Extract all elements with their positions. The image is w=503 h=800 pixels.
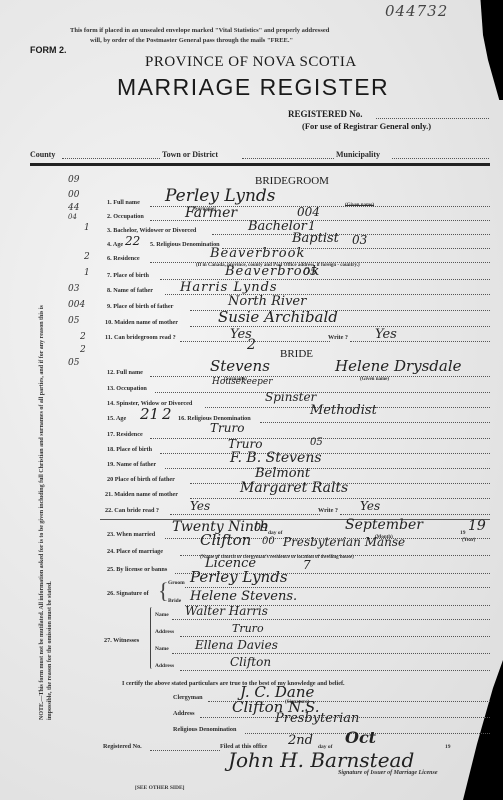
witness2-name-label: Name: [155, 646, 169, 652]
year-hint: (Year): [462, 538, 475, 543]
margin-code: 2: [84, 252, 90, 262]
bride-father-birthplace-label: 20 Place of birth of father: [107, 476, 175, 483]
groom-occupation-label: 2. Occupation: [107, 213, 144, 220]
bride-surname[interactable]: Stevens: [210, 357, 270, 375]
bride-can-write-line: [340, 514, 490, 515]
groom-mother-label: 10. Maiden name of mother: [105, 319, 178, 326]
groom-occupation-code: 004: [297, 205, 320, 219]
municipality-label: Municipality: [336, 150, 380, 159]
bride-occupation-line: [155, 392, 490, 393]
witness1-address-line: [180, 636, 490, 637]
groom-occupation[interactable]: Farmer: [185, 205, 237, 221]
registered-number-line: [376, 118, 489, 119]
bride-residence[interactable]: Truro: [210, 421, 244, 435]
county-label: County: [30, 150, 55, 159]
bride-occupation-label: 13. Occupation: [107, 385, 147, 392]
wedding-day-code: 09: [254, 521, 268, 534]
groom-father-birthplace[interactable]: North River: [228, 294, 306, 309]
registered-no-label: Registered No.: [103, 743, 142, 750]
bride-birthplace-line: [160, 453, 490, 454]
bride-full-name-line: [150, 376, 490, 377]
scan-border-bottom-right: [463, 660, 503, 800]
groom-father-name[interactable]: Harris Lynds: [180, 280, 278, 295]
header-rule: [30, 163, 490, 166]
issuer-signature[interactable]: John H. Barnstead: [228, 748, 414, 772]
groom-marital-line: [212, 234, 490, 235]
witness1-name[interactable]: Walter Harris: [185, 604, 268, 618]
bride-mother-maiden[interactable]: Margaret Ralts: [240, 480, 348, 496]
province-title: PROVINCE OF NOVA SCOTIA: [145, 54, 357, 71]
bride-heading-code: 2: [247, 337, 256, 353]
page-title: MARRIAGE REGISTER: [117, 74, 389, 101]
bride-can-read-line: [170, 514, 320, 515]
bride-heading: BRIDE: [280, 348, 313, 360]
groom-residence-label: 6. Residence: [107, 255, 140, 262]
margin-code: 03: [68, 284, 79, 294]
groom-birthplace-label: 7. Place of birth: [107, 272, 149, 279]
bride-signature-label: Bride: [168, 598, 181, 604]
groom-can-write[interactable]: Yes: [375, 327, 397, 342]
bride-marital-status[interactable]: Spinster: [265, 390, 316, 404]
year-prefix: 19: [460, 530, 466, 536]
margin-code: 05: [68, 358, 79, 368]
clergyman-label: Clergyman: [173, 694, 203, 701]
scan-border-top-right: [478, 0, 503, 100]
bride-mother-line: [190, 498, 490, 499]
groom-residence[interactable]: Beaverbrook: [210, 246, 305, 261]
groom-religion[interactable]: Baptist: [292, 231, 339, 246]
bride-given-name[interactable]: Helene Drysdale: [335, 357, 462, 375]
place-code: 00: [262, 536, 275, 547]
margin-code: 00: [68, 190, 79, 200]
witness1-name-line: [172, 619, 490, 620]
bride-birthplace-label: 18. Place of birth: [107, 446, 152, 453]
marriage-register-page: 044732 This form if placed in an unseale…: [0, 0, 503, 800]
bride-birthplace[interactable]: Truro: [228, 437, 262, 451]
postal-notice-line2: will, by order of the Postmaster General…: [90, 37, 293, 44]
bride-can-write-label: Write ?: [318, 507, 338, 514]
postal-notice-line1: This form if placed in an unsealed envel…: [70, 27, 329, 34]
margin-code: 1: [84, 268, 90, 278]
bride-signature[interactable]: Helene Stevens.: [190, 589, 297, 604]
bride-age-label: 15. Age: [107, 415, 126, 422]
bride-mother-label: 21. Maiden name of mother: [105, 491, 178, 498]
groom-father-birthplace-label: 9. Place of birth of father: [107, 303, 173, 310]
bride-can-write[interactable]: Yes: [360, 499, 380, 513]
bride-age[interactable]: 21: [140, 405, 159, 423]
given-name-hint: (Given name): [345, 203, 374, 208]
margin-code: 09: [68, 175, 79, 185]
margin-code: 05: [68, 316, 79, 326]
registrar-note: (For use of Registrar General only.): [302, 121, 431, 131]
bride-religion-line: [260, 422, 490, 423]
witness1-address-label: Address: [155, 629, 174, 635]
see-other-side: [SEE OTHER SIDE]: [135, 785, 185, 791]
bride-can-read-label: 22. Can bride read ?: [105, 507, 159, 514]
place-of-marriage-label: 24. Place of marriage: [107, 548, 163, 555]
witness2-address-line: [180, 670, 490, 671]
witnesses-brace-icon: [150, 607, 154, 669]
margin-code: 2: [80, 332, 86, 342]
wedding-month[interactable]: September: [345, 517, 423, 533]
side-note: NOTE.—This form must not be mutilated. A…: [38, 300, 54, 720]
place-detail[interactable]: Presbyterian Manse: [283, 535, 405, 549]
witness2-name[interactable]: Ellena Davies: [195, 638, 278, 652]
witness2-name-line: [172, 653, 490, 654]
bride-full-name-label: 12. Full name: [107, 369, 143, 376]
groom-mother-maiden[interactable]: Susie Archibald: [218, 308, 338, 326]
groom-father-label: 8. Name of father: [107, 287, 153, 294]
when-married-label: 23. When married: [107, 531, 155, 538]
bride-age-code: 2: [162, 405, 172, 423]
groom-full-name-label: 1. Full name: [107, 199, 140, 206]
groom-signature-label: Groom: [168, 580, 185, 586]
groom-full-name[interactable]: Perley Lynds: [165, 186, 276, 206]
groom-birthplace-code: 05: [303, 265, 317, 278]
signature-brace-icon: {: [158, 578, 169, 604]
filed-day[interactable]: 2nd: [288, 733, 313, 748]
margin-code: 2: [80, 345, 86, 355]
filed-year-prefix: 19: [445, 744, 451, 750]
groom-signature[interactable]: Perley Lynds: [190, 568, 288, 586]
bride-religion[interactable]: Methodist: [310, 403, 377, 418]
margin-code: 44: [68, 203, 79, 213]
margin-code: 04: [68, 213, 77, 221]
registered-no-field[interactable]: [150, 750, 220, 751]
bride-given-hint: (Given name): [360, 377, 389, 382]
bride-occupation[interactable]: Housekeeper: [212, 377, 273, 387]
bride-father-name[interactable]: F. B. Stevens: [230, 450, 322, 466]
groom-marital-label: 3. Bachelor, Widower or Divorced: [107, 227, 196, 234]
signature-of-label: 26. Signature of: [107, 590, 149, 597]
bride-birthplace-code: 05: [310, 437, 323, 448]
bride-father-label: 19. Name of father: [107, 461, 156, 468]
municipality-field[interactable]: [392, 158, 489, 159]
county-field[interactable]: [62, 158, 160, 159]
groom-can-write-line: [350, 341, 490, 342]
witness1-name-label: Name: [155, 612, 169, 618]
bride-father-birthplace[interactable]: Belmont: [255, 466, 310, 481]
groom-religion-code: 03: [352, 233, 367, 247]
groom-can-read-label: 11. Can bridegroom read ?: [105, 334, 176, 341]
wedding-year[interactable]: 19: [468, 518, 486, 534]
clergy-denomination[interactable]: Presbyterian: [275, 711, 359, 726]
witness1-address[interactable]: Truro: [232, 622, 264, 635]
license-label: 25. By license or banns: [107, 566, 167, 573]
witnesses-label: 27. Witnesses: [104, 637, 139, 644]
section-divider: [100, 519, 490, 520]
groom-signature-line: [185, 587, 490, 588]
issuer-hint: Signature of Issuer of Marriage License: [338, 770, 438, 776]
serial-number: 044732: [385, 2, 448, 20]
groom-age-label: 4. Age: [107, 241, 123, 248]
form-number: FORM 2.: [30, 45, 67, 55]
witness2-address[interactable]: Clifton: [230, 655, 271, 669]
groom-age[interactable]: 22: [125, 234, 140, 248]
margin-code: 004: [68, 300, 85, 310]
clergy-address-label: Address: [173, 710, 195, 717]
bride-can-read[interactable]: Yes: [190, 499, 210, 513]
witness2-address-label: Address: [155, 663, 174, 669]
bride-residence-label: 17. Residence: [107, 431, 143, 438]
bride-father-line: [165, 468, 490, 469]
town-field[interactable]: [242, 158, 334, 159]
filed-month[interactable]: Oct: [345, 728, 376, 747]
clergy-denomination-label: Religious Denomination: [173, 726, 236, 733]
town-label: Town or District: [162, 150, 218, 159]
license-code: 7: [303, 558, 311, 572]
registered-number-label: REGISTERED No.: [288, 109, 363, 119]
margin-code: 1: [84, 223, 90, 233]
place-of-marriage[interactable]: Clifton: [200, 531, 251, 549]
groom-can-write-label: Write ?: [328, 334, 348, 341]
